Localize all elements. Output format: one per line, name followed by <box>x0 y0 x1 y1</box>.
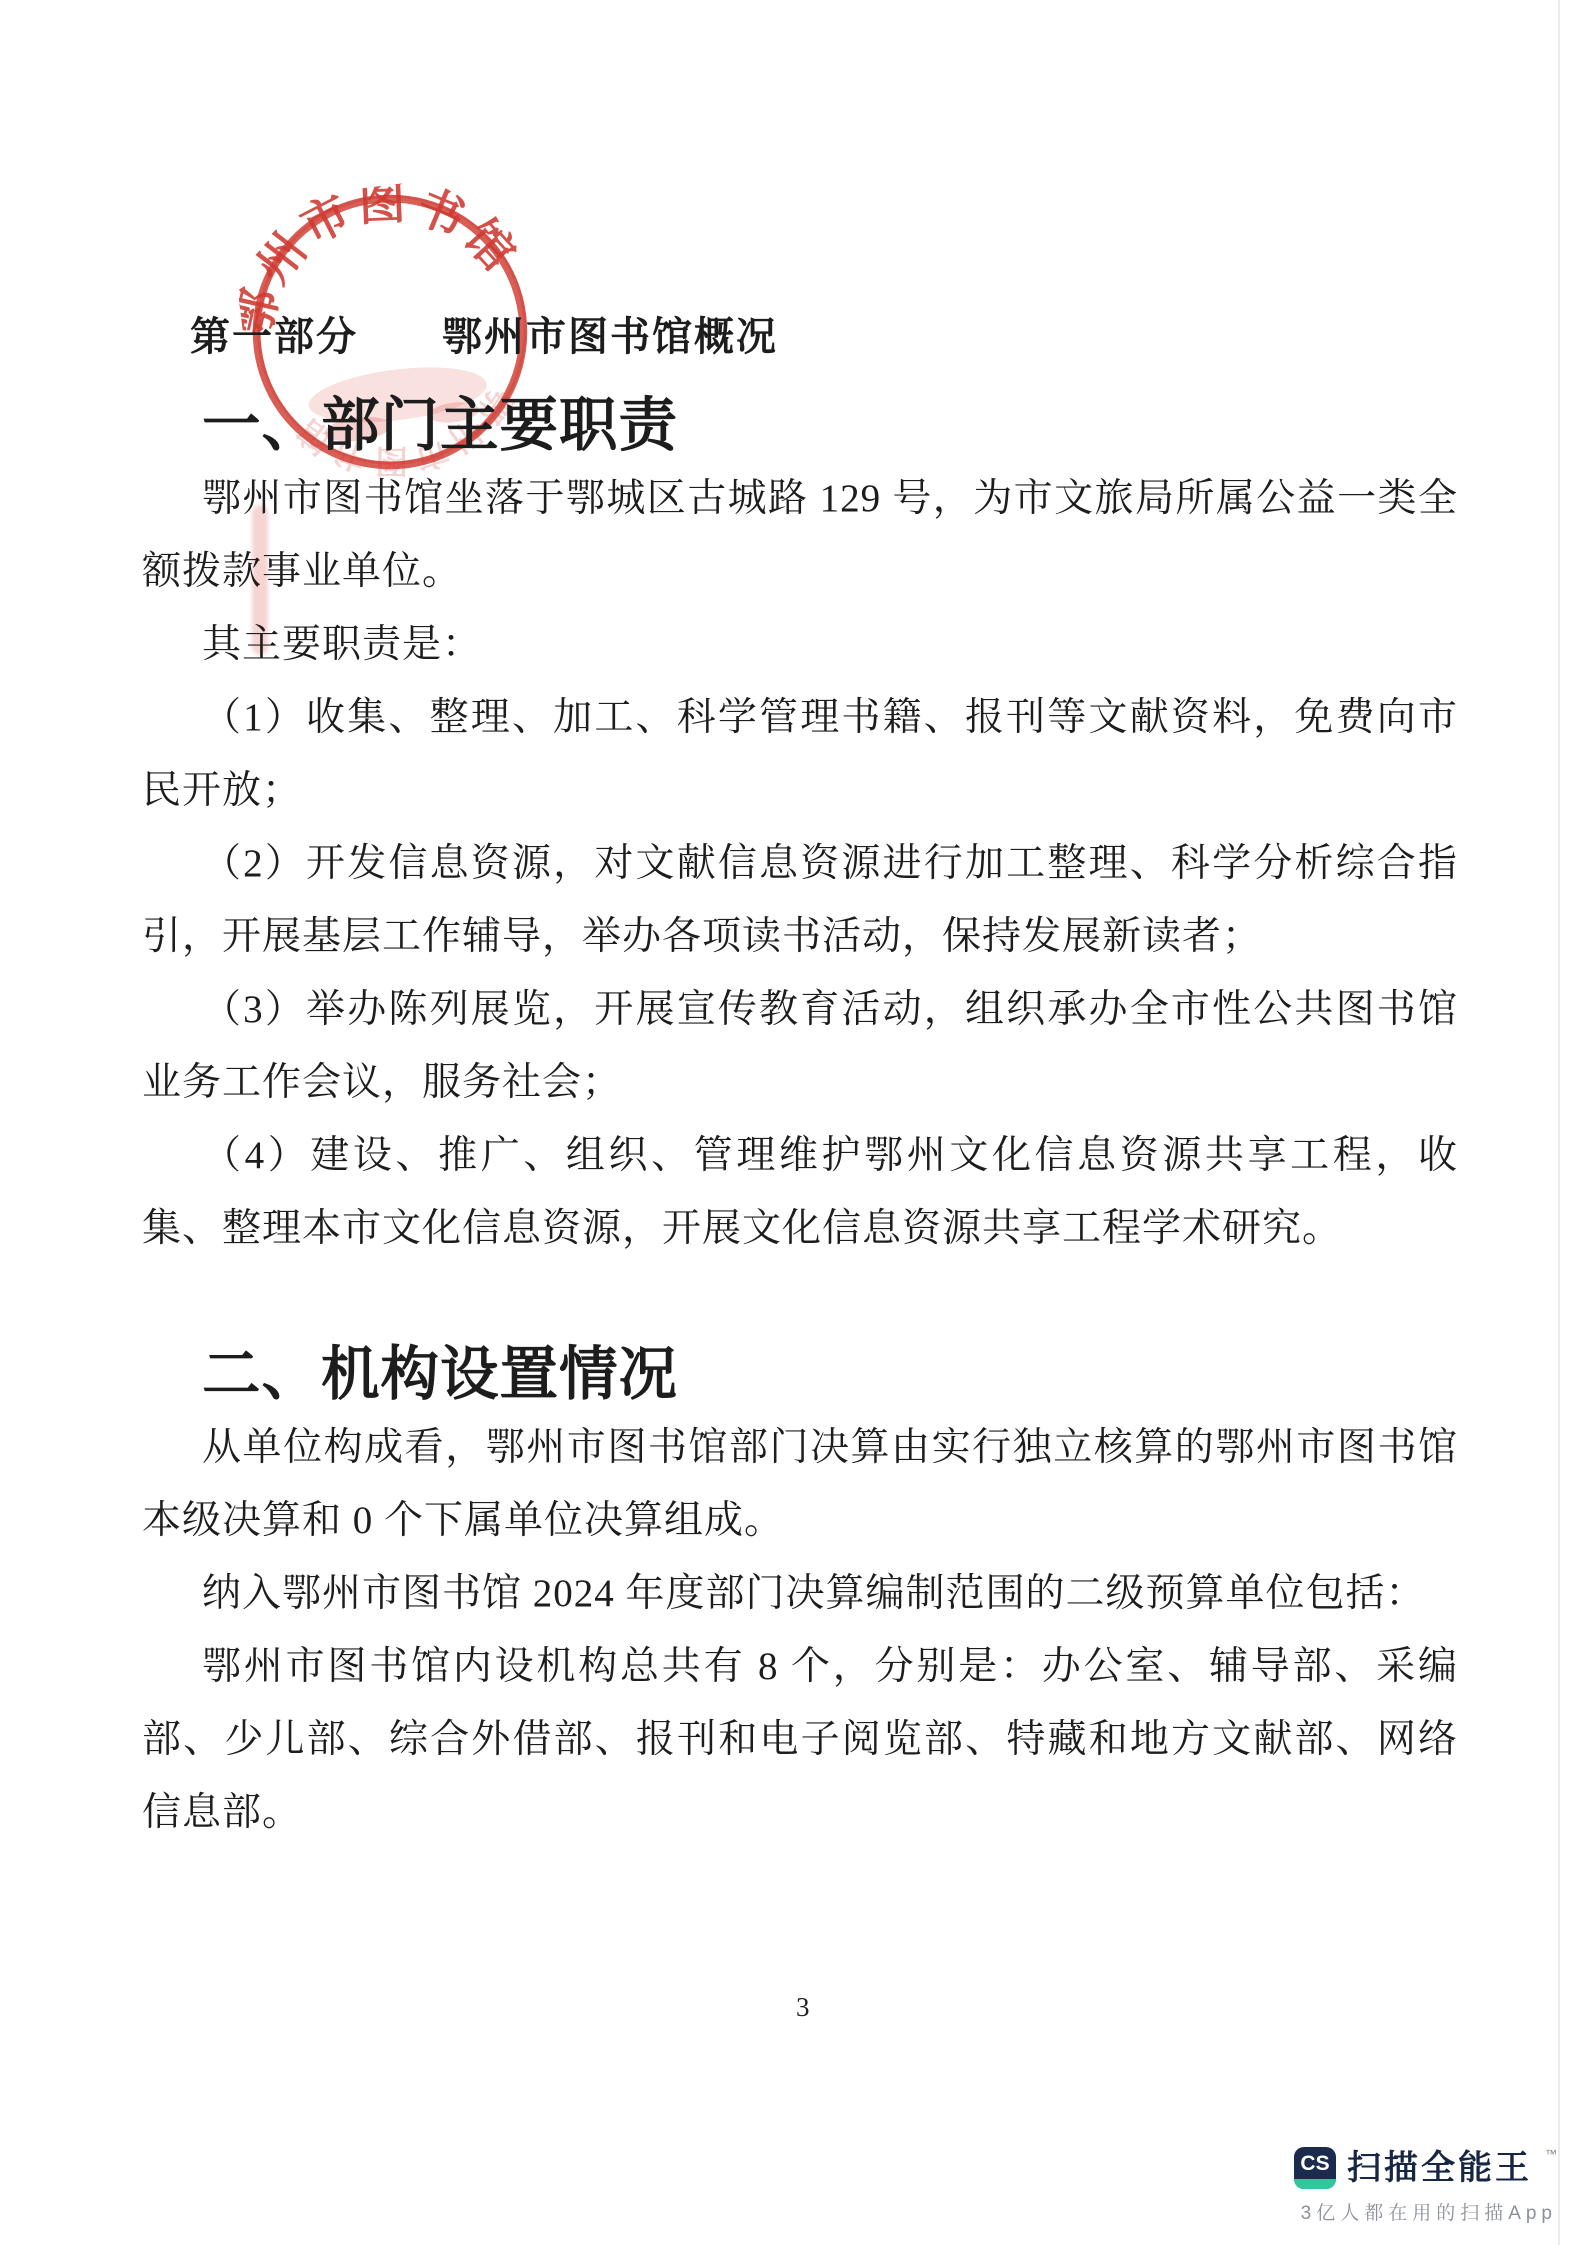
scanned-document-page: 鄂州市图书馆 鄂州市图书馆 第一部分 鄂州市图书馆概况 一、部门主要职责 鄂州市… <box>0 0 1587 2245</box>
cs-logo-accent-band <box>1294 2179 1336 2189</box>
camscanner-app-name: 扫描全能王 <box>1347 2151 1532 2185</box>
paragraph: 从单位构成看，鄂州市图书馆部门决算由实行独立核算的鄂州市图书馆本级决算和 0 个… <box>142 1411 1458 1557</box>
paragraph: 鄂州市图书馆内设机构总共有 8 个，分别是：办公室、辅导部、采编部、少儿部、综合… <box>142 1630 1458 1849</box>
section-heading-2: 二、机构设置情况 <box>142 1338 1458 1411</box>
camscanner-app-icon: CS <box>1294 2147 1336 2189</box>
paragraph: 纳入鄂州市图书馆 2024 年度部门决算编制范围的二级预算单位包括： <box>142 1557 1458 1630</box>
section-heading-1: 一、部门主要职责 <box>142 389 1458 462</box>
paragraph: （1）收集、整理、加工、科学管理书籍、报刊等文献资料，免费向市民开放； <box>142 681 1458 827</box>
cs-logo-text: CS <box>1300 2152 1329 2176</box>
camscanner-tagline: 3亿人都在用的扫描App <box>1301 2198 1557 2225</box>
paragraph: （4）建设、推广、组织、管理维护鄂州文化信息资源共享工程，收集、整理本市文化信息… <box>142 1119 1458 1265</box>
document-body: 第一部分 鄂州市图书馆概况 一、部门主要职责 鄂州市图书馆坐落于鄂城区古城路 1… <box>142 300 1458 1849</box>
trademark-symbol: ™ <box>1545 2147 1557 2161</box>
document-title: 第一部分 鄂州市图书馆概况 <box>142 300 1458 373</box>
paragraph: 其主要职责是： <box>142 608 1458 681</box>
paragraph: （3）举办陈列展览，开展宣传教育活动，组织承办全市性公共图书馆业务工作会议，服务… <box>142 973 1458 1119</box>
paragraph: （2）开发信息资源，对文献信息资源进行加工整理、科学分析综合指引，开展基层工作辅… <box>142 827 1458 973</box>
camscanner-logo-row: CS 扫描全能王 ™ <box>1294 2147 1557 2189</box>
page-number: 3 <box>796 1992 810 2023</box>
paragraph: 鄂州市图书馆坐落于鄂城区古城路 129 号，为市文旅局所属公益一类全额拨款事业单… <box>142 462 1458 608</box>
camscanner-watermark: CS 扫描全能王 ™ 3亿人都在用的扫描App <box>1294 2147 1557 2225</box>
scan-fold-line <box>1558 0 1560 2245</box>
